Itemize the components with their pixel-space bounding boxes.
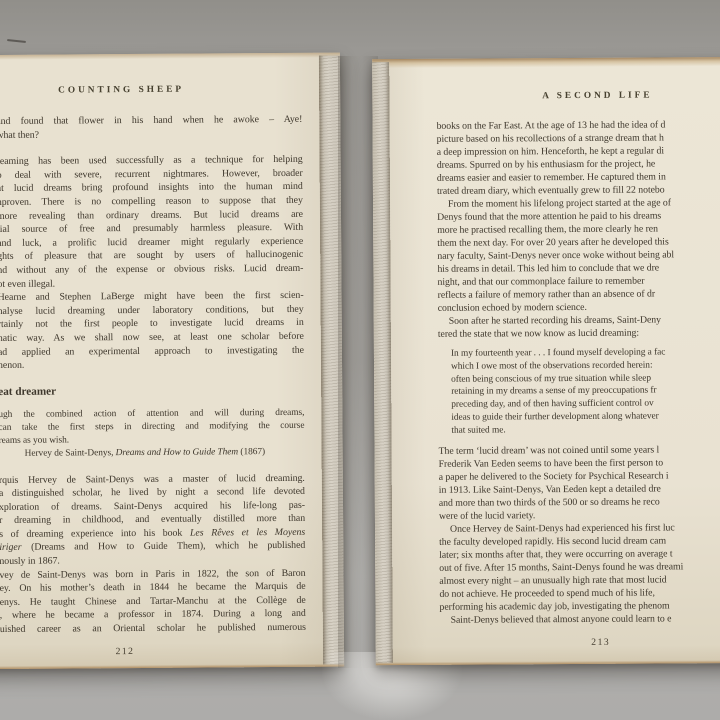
section-heading: eat dreamer bbox=[0, 383, 304, 399]
paragraph: vey de Saint-Denys was born in Paris in … bbox=[0, 566, 306, 636]
text-line: ad applied an experimental approach to i… bbox=[0, 343, 304, 359]
paragraph: reaming has been used successfully as a … bbox=[0, 153, 304, 291]
text-line: Hervey de Saint-Denys, Dreams and How to… bbox=[25, 446, 305, 461]
page-stack-edge bbox=[319, 56, 344, 665]
left-book-page: COUNTING SHEEP and found that flower in … bbox=[0, 53, 344, 670]
paragraph: Soon after he started recording his drea… bbox=[438, 313, 720, 341]
text-line: Saint-Denys believed that almost anyone … bbox=[440, 611, 720, 626]
text-line: out of five. After 15 months, Saint-Deny… bbox=[439, 559, 720, 574]
paragraph: books on the Far East. At the age of 13 … bbox=[437, 118, 720, 198]
paragraph: The term ‘lucid dream’ was not coined un… bbox=[439, 442, 720, 522]
paragraph: and found that flower in his hand when h… bbox=[0, 113, 302, 142]
paragraph: From the moment his lifelong project sta… bbox=[437, 196, 720, 315]
text-line: uished career as an Oriental scholar he … bbox=[0, 621, 306, 637]
page-stack-edge bbox=[372, 62, 393, 663]
scratch-mark bbox=[7, 39, 26, 43]
text-line: iriger (Dreams and How to Guide Them), w… bbox=[0, 539, 305, 555]
running-header-left: COUNTING SHEEP bbox=[0, 84, 304, 97]
paragraph: Hearne and Stephen LaBerge might have be… bbox=[0, 289, 304, 373]
paragraph: rquis Hervey de Saint-Denys was a master… bbox=[0, 471, 305, 568]
text-line: tered the state that we now know as luci… bbox=[438, 326, 720, 341]
text-line: nenon. bbox=[0, 357, 304, 373]
page-number-right: 213 bbox=[440, 636, 720, 649]
paragraph: ugh the combined action of attention and… bbox=[0, 407, 305, 449]
paragraph: In my fourteenth year . . . I found myse… bbox=[451, 346, 720, 438]
text-line: can take the first steps in directing an… bbox=[0, 420, 305, 435]
page-number-left: 212 bbox=[0, 645, 308, 659]
text-line: nd without any of the expense or obvious… bbox=[0, 262, 303, 278]
text-line: that suited me. bbox=[451, 423, 720, 438]
text-line: natic way. As we shall now see, at least… bbox=[0, 330, 304, 346]
left-text-column: and found that flower in his hand when h… bbox=[0, 113, 306, 637]
right-book-page: A SECOND LIFE books on the Far East. At … bbox=[372, 57, 720, 665]
right-text-column: books on the Far East. At the age of 13 … bbox=[437, 118, 720, 627]
text-line: eat dreamer bbox=[0, 383, 304, 399]
paragraph: Once Hervey de Saint-Denys had experienc… bbox=[439, 520, 720, 613]
paragraph: Saint-Denys believed that almost anyone … bbox=[440, 611, 720, 626]
text-line: what then? bbox=[0, 126, 302, 142]
text-line: and found that flower in his hand when h… bbox=[0, 113, 302, 129]
photo-of-open-books: { "colors": { "page": "#e8e1d0", "page-r… bbox=[0, 0, 720, 720]
paragraph: Hervey de Saint-Denys, Dreams and How to… bbox=[25, 446, 305, 461]
running-header-right: A SECOND LIFE bbox=[436, 90, 720, 102]
